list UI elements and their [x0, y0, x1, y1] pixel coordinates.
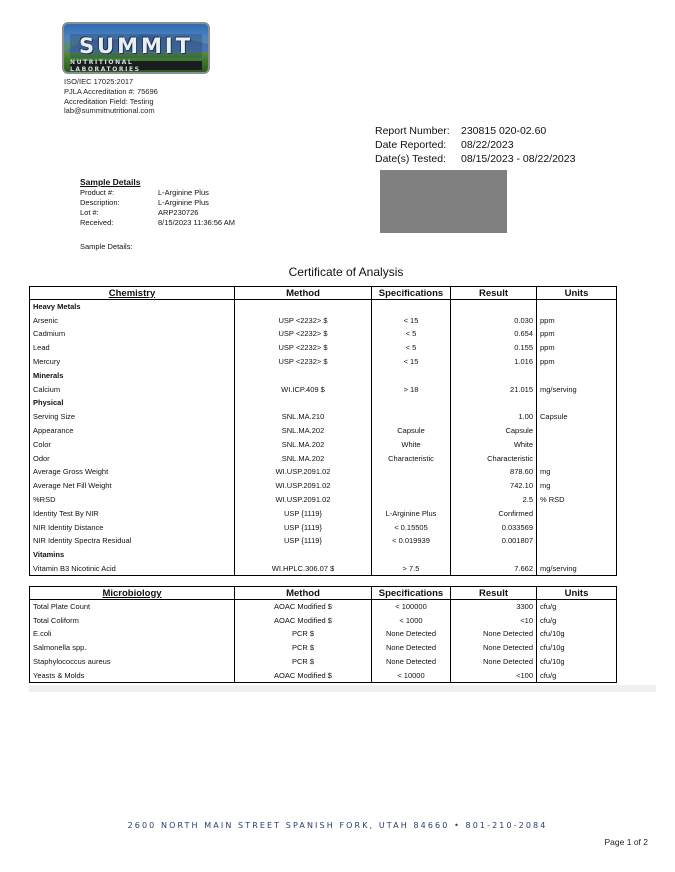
- test-result: 1.016: [451, 355, 537, 369]
- test-name: E.coli: [30, 627, 235, 641]
- test-result: 0.654: [451, 327, 537, 341]
- test-units: mg/serving: [537, 382, 617, 396]
- column-header-category: Chemistry: [30, 287, 235, 300]
- test-method: SNL.MA.210: [235, 410, 372, 424]
- lab-email: lab@summitnutritional.com: [64, 106, 158, 116]
- test-method: USP <2232> $: [235, 355, 372, 369]
- report-meta: Report Number:230815 020-02.60 Date Repo…: [375, 124, 575, 166]
- report-number: 230815 020-02.60: [461, 124, 546, 138]
- column-header-method: Method: [235, 587, 372, 600]
- column-header-units: Units: [537, 287, 617, 300]
- test-spec: < 15: [372, 355, 451, 369]
- empty-cell: [451, 548, 537, 562]
- test-method: PCR $: [235, 627, 372, 641]
- table-row: CadmiumUSP <2232> $< 50.654ppm: [30, 327, 617, 341]
- test-name: %RSD: [30, 493, 235, 507]
- table-row: Identity Test By NIRUSP {1119}L-Arginine…: [30, 506, 617, 520]
- test-units: [537, 424, 617, 438]
- table-row: AppearanceSNL.MA.202CapsuleCapsule: [30, 424, 617, 438]
- test-result: None Detected: [451, 655, 537, 669]
- empty-cell: [451, 396, 537, 410]
- test-units: cfu/g: [537, 613, 617, 627]
- test-method: SNL.MA.202: [235, 424, 372, 438]
- test-result: Confirmed: [451, 506, 537, 520]
- table-row: Total ColiformAOAC Modified $< 1000<10cf…: [30, 613, 617, 627]
- test-units: [537, 451, 617, 465]
- test-spec: White: [372, 437, 451, 451]
- table-row: MercuryUSP <2232> $< 151.016ppm: [30, 355, 617, 369]
- test-units: mg: [537, 465, 617, 479]
- test-method: USP {1119}: [235, 520, 372, 534]
- sample-details-title: Sample Details: [80, 177, 235, 187]
- test-result: Capsule: [451, 424, 537, 438]
- sample-field-label: Description:: [80, 198, 158, 208]
- sample-field-value: L-Arginine Plus: [158, 188, 209, 198]
- table-row: Vitamin B3 Nicotinic AcidWI.HPLC.306.07 …: [30, 562, 617, 576]
- test-result: 1.00: [451, 410, 537, 424]
- sample-field: Received:8/15/2023 11:36:56 AM: [80, 218, 235, 228]
- test-units: % RSD: [537, 493, 617, 507]
- test-spec: None Detected: [372, 627, 451, 641]
- test-method: AOAC Modified $: [235, 668, 372, 682]
- test-name: Calcium: [30, 382, 235, 396]
- test-method: USP {1119}: [235, 534, 372, 548]
- empty-cell: [537, 548, 617, 562]
- test-method: PCR $: [235, 655, 372, 669]
- test-spec: Characteristic: [372, 451, 451, 465]
- sample-field-value: 8/15/2023 11:36:56 AM: [158, 218, 235, 228]
- chemistry-table: ChemistryMethodSpecificationsResultUnits…: [29, 286, 617, 576]
- empty-cell: [235, 396, 372, 410]
- category-row: Vitamins: [30, 548, 617, 562]
- test-name: Color: [30, 437, 235, 451]
- test-units: [537, 437, 617, 451]
- table-row: CalciumWI.ICP.409 $> 1821.015mg/serving: [30, 382, 617, 396]
- test-method: USP <2232> $: [235, 313, 372, 327]
- test-name: Arsenic: [30, 313, 235, 327]
- column-header-units: Units: [537, 587, 617, 600]
- sample-field-label: Product #:: [80, 188, 158, 198]
- test-units: [537, 534, 617, 548]
- test-units: cfu/g: [537, 668, 617, 682]
- test-spec: [372, 465, 451, 479]
- test-name: Average Gross Weight: [30, 465, 235, 479]
- accreditation-block: ISO/IEC 17025:2017 PJLA Accreditation #:…: [64, 77, 158, 116]
- empty-cell: [537, 368, 617, 382]
- test-result: <100: [451, 668, 537, 682]
- test-name: NIR Identity Distance: [30, 520, 235, 534]
- test-name: Cadmium: [30, 327, 235, 341]
- category-row: Physical: [30, 396, 617, 410]
- test-name: Lead: [30, 341, 235, 355]
- accreditation-field: Accreditation Field: Testing: [64, 97, 158, 107]
- sample-field: Description:L-Arginine Plus: [80, 198, 235, 208]
- test-units: cfu/10g: [537, 627, 617, 641]
- category-row: Minerals: [30, 368, 617, 382]
- table-row: OdorSNL.MA.202CharacteristicCharacterist…: [30, 451, 617, 465]
- test-spec: < 5: [372, 327, 451, 341]
- table-row: Serving SizeSNL.MA.2101.00Capsule: [30, 410, 617, 424]
- table-row: Total Plate CountAOAC Modified $< 100000…: [30, 600, 617, 614]
- test-result: <10: [451, 613, 537, 627]
- logo-wordmark: SUMMIT: [70, 34, 202, 58]
- test-result: White: [451, 437, 537, 451]
- test-name: Appearance: [30, 424, 235, 438]
- test-units: Capsule: [537, 410, 617, 424]
- table-row: NIR Identity Spectra ResidualUSP {1119}<…: [30, 534, 617, 548]
- dates-tested-label: Date(s) Tested:: [375, 152, 461, 166]
- test-name: Serving Size: [30, 410, 235, 424]
- test-spec: < 10000: [372, 668, 451, 682]
- test-method: WI.USP.2091.02: [235, 465, 372, 479]
- test-name: Yeasts & Molds: [30, 668, 235, 682]
- test-method: PCR $: [235, 641, 372, 655]
- test-spec: L-Arginine Plus: [372, 506, 451, 520]
- test-result: 3300: [451, 600, 537, 614]
- page-number: Page 1 of 2: [605, 837, 648, 847]
- empty-cell: [235, 300, 372, 314]
- empty-cell: [537, 300, 617, 314]
- sample-field-label: Received:: [80, 218, 158, 228]
- test-name: NIR Identity Spectra Residual: [30, 534, 235, 548]
- test-units: ppm: [537, 327, 617, 341]
- test-result: 0.033569: [451, 520, 537, 534]
- sample-field-value: ARP230726: [158, 208, 198, 218]
- test-method: AOAC Modified $: [235, 600, 372, 614]
- date-reported: 08/22/2023: [461, 138, 514, 152]
- test-spec: [372, 479, 451, 493]
- empty-cell: [235, 368, 372, 382]
- test-result: 742.10: [451, 479, 537, 493]
- category-row: Heavy Metals: [30, 300, 617, 314]
- test-units: mg: [537, 479, 617, 493]
- table-row: %RSDWI.USP.2091.022.5% RSD: [30, 493, 617, 507]
- test-spec: > 18: [372, 382, 451, 396]
- date-reported-label: Date Reported:: [375, 138, 461, 152]
- test-result: None Detected: [451, 641, 537, 655]
- accreditation-iso: ISO/IEC 17025:2017: [64, 77, 158, 87]
- test-result: 2.5: [451, 493, 537, 507]
- table-row: Salmonella spp.PCR $None DetectedNone De…: [30, 641, 617, 655]
- category-label: Minerals: [30, 368, 235, 382]
- table-row: Average Gross WeightWI.USP.2091.02878.60…: [30, 465, 617, 479]
- table-row: Staphylococcus aureusPCR $None DetectedN…: [30, 655, 617, 669]
- test-name: Salmonella spp.: [30, 641, 235, 655]
- table-row: NIR Identity DistanceUSP {1119}< 0.15505…: [30, 520, 617, 534]
- test-result: 0.030: [451, 313, 537, 327]
- test-spec: None Detected: [372, 641, 451, 655]
- test-units: ppm: [537, 341, 617, 355]
- column-header-result: Result: [451, 287, 537, 300]
- redacted-image-block: [380, 170, 507, 233]
- test-result: 0.155: [451, 341, 537, 355]
- empty-cell: [537, 396, 617, 410]
- test-result: Characteristic: [451, 451, 537, 465]
- test-spec: [372, 410, 451, 424]
- sample-field-label: Lot #:: [80, 208, 158, 218]
- column-header-method: Method: [235, 287, 372, 300]
- table-row: Average Net Fill WeightWI.USP.2091.02742…: [30, 479, 617, 493]
- test-units: [537, 520, 617, 534]
- test-name: Odor: [30, 451, 235, 465]
- table-row: ColorSNL.MA.202WhiteWhite: [30, 437, 617, 451]
- empty-cell: [451, 300, 537, 314]
- empty-cell: [372, 548, 451, 562]
- test-spec: > 7.5: [372, 562, 451, 576]
- test-method: WI.ICP.409 $: [235, 382, 372, 396]
- test-result: None Detected: [451, 627, 537, 641]
- footer-address: 2600 NORTH MAIN STREET SPANISH FORK, UTA…: [0, 821, 675, 830]
- test-name: Mercury: [30, 355, 235, 369]
- sample-details-extra-label: Sample Details:: [80, 242, 235, 252]
- table-row: LeadUSP <2232> $< 50.155ppm: [30, 341, 617, 355]
- table-row: E.coliPCR $None DetectedNone Detectedcfu…: [30, 627, 617, 641]
- test-units: mg/serving: [537, 562, 617, 576]
- test-method: WI.USP.2091.02: [235, 493, 372, 507]
- test-spec: Capsule: [372, 424, 451, 438]
- empty-cell: [372, 300, 451, 314]
- column-header-specifications: Specifications: [372, 287, 451, 300]
- test-units: ppm: [537, 313, 617, 327]
- column-header-category: Microbiology: [30, 587, 235, 600]
- test-result: 878.60: [451, 465, 537, 479]
- test-result: 0.001807: [451, 534, 537, 548]
- test-units: cfu/10g: [537, 641, 617, 655]
- sample-details: Sample Details Product #:L-Arginine Plus…: [80, 177, 235, 252]
- test-method: WI.USP.2091.02: [235, 479, 372, 493]
- test-spec: < 1000: [372, 613, 451, 627]
- test-name: Total Coliform: [30, 613, 235, 627]
- test-name: Vitamin B3 Nicotinic Acid: [30, 562, 235, 576]
- test-result: 7.662: [451, 562, 537, 576]
- test-spec: < 15: [372, 313, 451, 327]
- dates-tested: 08/15/2023 - 08/22/2023: [461, 152, 575, 166]
- certificate-title-text: Certificate of Analysis: [289, 265, 404, 279]
- test-spec: < 100000: [372, 600, 451, 614]
- logo-subtitle: NUTRITIONAL LABORATORIES: [70, 61, 202, 70]
- test-name: Staphylococcus aureus: [30, 655, 235, 669]
- test-method: USP <2232> $: [235, 341, 372, 355]
- page-divider-bar: [29, 685, 656, 692]
- test-name: Average Net Fill Weight: [30, 479, 235, 493]
- empty-cell: [451, 368, 537, 382]
- category-label: Vitamins: [30, 548, 235, 562]
- test-spec: [372, 493, 451, 507]
- sample-field-value: L-Arginine Plus: [158, 198, 209, 208]
- test-method: AOAC Modified $: [235, 613, 372, 627]
- test-spec: None Detected: [372, 655, 451, 669]
- sample-field: Lot #:ARP230726: [80, 208, 235, 218]
- test-result: 21.015: [451, 382, 537, 396]
- column-header-specifications: Specifications: [372, 587, 451, 600]
- test-name: Total Plate Count: [30, 600, 235, 614]
- test-units: ppm: [537, 355, 617, 369]
- table-row: Yeasts & MoldsAOAC Modified $< 10000<100…: [30, 668, 617, 682]
- certificate-title: Certificate of Analysis: [0, 265, 675, 279]
- test-spec: < 0.15505: [372, 520, 451, 534]
- test-units: cfu/g: [537, 600, 617, 614]
- report-number-label: Report Number:: [375, 124, 461, 138]
- sample-field: Product #:L-Arginine Plus: [80, 188, 235, 198]
- test-method: SNL.MA.202: [235, 451, 372, 465]
- test-method: USP {1119}: [235, 506, 372, 520]
- accreditation-pjla: PJLA Accreditation #: 75696: [64, 87, 158, 97]
- test-method: USP <2232> $: [235, 327, 372, 341]
- test-name: Identity Test By NIR: [30, 506, 235, 520]
- test-method: SNL.MA.202: [235, 437, 372, 451]
- table-row: ArsenicUSP <2232> $< 150.030ppm: [30, 313, 617, 327]
- test-units: [537, 506, 617, 520]
- summit-logo: SUMMIT NUTRITIONAL LABORATORIES: [62, 22, 210, 74]
- column-header-result: Result: [451, 587, 537, 600]
- empty-cell: [372, 396, 451, 410]
- test-spec: < 5: [372, 341, 451, 355]
- test-spec: < 0.019939: [372, 534, 451, 548]
- category-label: Physical: [30, 396, 235, 410]
- microbiology-table: MicrobiologyMethodSpecificationsResultUn…: [29, 586, 617, 683]
- empty-cell: [235, 548, 372, 562]
- empty-cell: [372, 368, 451, 382]
- test-method: WI.HPLC.306.07 $: [235, 562, 372, 576]
- test-units: cfu/10g: [537, 655, 617, 669]
- category-label: Heavy Metals: [30, 300, 235, 314]
